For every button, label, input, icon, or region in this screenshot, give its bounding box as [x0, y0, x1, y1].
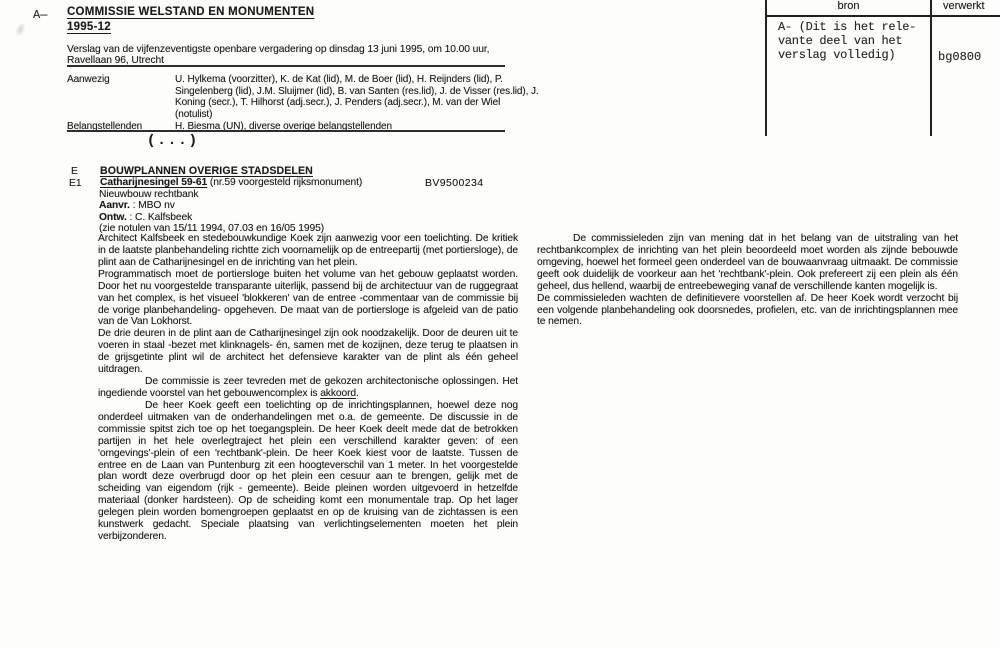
designer-value: : C. Kalfsbeek	[129, 212, 192, 223]
attendance-value: U. Hylkema (voorzitter), K. de Kat (lid)…	[175, 74, 539, 121]
designer-line: Ontw. : C. Kalfsbeek	[99, 212, 324, 223]
stamp-header-bron: bron	[767, 0, 930, 15]
report-number: 1995-12	[67, 21, 527, 33]
committee-title: COMMISSIE WELSTAND EN MONUMENTEN	[67, 6, 527, 18]
section-code: E	[71, 166, 78, 177]
applicant-value: : MBO nv	[133, 200, 175, 211]
meeting-description: Verslag van de vijfenzeventigste openbar…	[67, 44, 527, 66]
project-name: Nieuwbouw rechtbank	[99, 189, 324, 200]
paragraph: Programmatisch moet de portiersloge buit…	[98, 269, 518, 329]
paragraph: Architect Kalfsbeek en stedebouwkundige …	[98, 233, 518, 269]
paragraph-text: .	[356, 388, 359, 399]
paragraph: De drie deuren in de plint aan de Cathar…	[98, 328, 518, 376]
stamp-verwerkt-code: bg0800	[938, 50, 981, 64]
paragraph: De commissie is zeer tevreden met de gek…	[98, 376, 518, 400]
attendance-table: Aanwezig U. Hylkema (voorzitter), K. de …	[67, 74, 539, 133]
item-subtitle: (nr.59 voorgesteld rijksmonument)	[207, 177, 362, 188]
margin-annotation: A—	[33, 8, 47, 22]
header-divider	[67, 65, 505, 67]
left-text-column: Architect Kalfsbeek en stedebouwkundige …	[98, 233, 518, 543]
attendance-row: Aanwezig U. Hylkema (voorzitter), K. de …	[67, 74, 539, 121]
applicant-line: Aanvr. : MBO nv	[99, 200, 324, 211]
stamp-table-header: bron verwerkt	[767, 0, 1000, 17]
stamp-bron-note: A- (Dit is het rele- vante deel van het …	[778, 21, 916, 62]
designer-label: Ontw.	[99, 212, 127, 223]
item-details: Nieuwbouw rechtbank Aanvr. : MBO nv Ontw…	[99, 189, 324, 235]
paragraph-text: De commissie is zeer tevreden met de gek…	[98, 376, 518, 399]
underlined-verdict: akkoord	[320, 388, 356, 399]
document-header: COMMISSIE WELSTAND EN MONUMENTEN 1995-12…	[67, 6, 527, 66]
right-text-column: De commissieleden zijn van mening dat in…	[537, 233, 958, 328]
agenda-item-code: E1	[69, 178, 82, 189]
scan-artifact	[13, 21, 27, 38]
applicant-label: Aanvr.	[99, 200, 130, 211]
paragraph: De commissieleden zijn van mening dat in…	[537, 233, 958, 293]
paragraph: De heer Koek geeft een toelichting op de…	[98, 400, 518, 543]
omission-mark: (...)	[147, 133, 199, 149]
case-number: BV9500234	[425, 177, 483, 189]
document-page: A— COMMISSIE WELSTAND EN MONUMENTEN 1995…	[0, 0, 1000, 649]
attendance-divider	[67, 130, 505, 132]
attendance-label: Aanwezig	[67, 74, 175, 121]
stamp-header-verwerkt: verwerkt	[930, 0, 985, 15]
item-address: Catharijnesingel 59-61	[100, 177, 207, 188]
stamp-column-divider	[930, 0, 932, 136]
section-title: BOUWPLANNEN OVERIGE STADSDELEN	[100, 165, 313, 177]
scanned-minutes-page: { "margin_mark": "A—", "header": { "titl…	[0, 0, 1000, 649]
paragraph: De commissieleden wachten de definitieve…	[537, 293, 958, 329]
stamp-table: bron verwerkt A- (Dit is het rele- vante…	[765, 0, 1000, 136]
agenda-item-heading: Catharijnesingel 59-61 (nr.59 voorgestel…	[100, 177, 362, 188]
